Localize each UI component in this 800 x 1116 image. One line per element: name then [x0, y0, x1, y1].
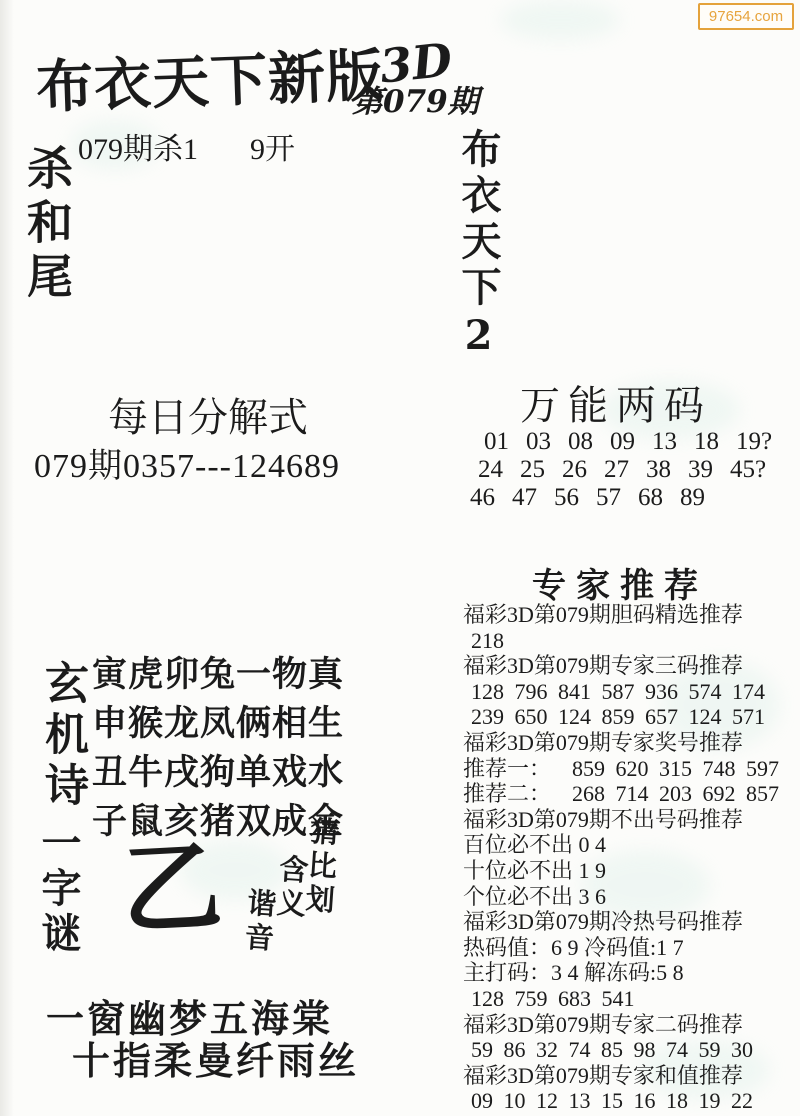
code-cell: 38: [646, 456, 671, 484]
expert-line: 128 796 841 587 936 574 174: [463, 679, 799, 705]
riddle-hint-homophone: 谐音: [242, 887, 276, 957]
universal-two-codes-title: 万能两码: [520, 374, 712, 431]
expert-line: 218: [463, 628, 799, 654]
expert-line: 福彩3D第079期专家二码推荐: [463, 1012, 799, 1038]
code-cell: 03: [526, 428, 551, 456]
expert-recommend-title: 专家推荐: [532, 558, 708, 607]
expert-line: 09 10 12 13 15 16 18 19 22: [463, 1088, 799, 1114]
code-cell: 01: [484, 428, 509, 456]
expert-line: 百位必不出 0 4: [463, 832, 799, 858]
daily-breakdown-formula: 079期0357---124689: [34, 438, 340, 487]
two-codes-row: 01 03 08 09 13 18 19?: [484, 428, 772, 456]
kill-sum-tail-label: 杀和尾: [24, 144, 70, 306]
expert-line: 福彩3D第079期冷热号码推荐: [463, 909, 799, 935]
two-codes-row: 24 25 26 27 38 39 45?: [478, 456, 766, 484]
expert-line: 福彩3D第079期专家奖号推荐: [463, 730, 799, 756]
page-title: 布衣天下新版: [35, 30, 386, 124]
code-cell: 47: [512, 484, 537, 512]
expert-line: 十位必不出 1 9: [463, 858, 799, 884]
expert-line: 128 759 683 541: [463, 986, 799, 1012]
code-cell: 08: [568, 428, 593, 456]
code-cell: 46: [470, 484, 495, 512]
watermark-tint: [500, 0, 620, 40]
code-cell: 57: [596, 484, 621, 512]
expert-line: 推荐一： 859 620 315 748 597: [463, 756, 799, 782]
issue-number: 第079期: [352, 76, 479, 121]
mystery-poem-line: 寅虎卯兔一物真: [92, 650, 344, 699]
expert-line: 59 86 32 74 85 98 74 59 30: [463, 1037, 799, 1063]
code-cell: 26: [562, 456, 587, 484]
code-cell: 25: [520, 456, 545, 484]
site-url-label: 97654.com: [709, 8, 783, 25]
open-result-text: 9开: [250, 124, 295, 168]
code-cell: 09: [610, 428, 635, 456]
kill-line: 079期杀1 9开: [78, 124, 295, 168]
expert-line: 福彩3D第079期专家和值推荐: [463, 1063, 799, 1089]
code-cell: 13: [652, 428, 677, 456]
riddle-hint-meaning: 含义: [274, 853, 308, 923]
code-cell: 39: [688, 456, 713, 484]
code-cell: 45?: [730, 456, 766, 484]
code-cell: 56: [554, 484, 579, 512]
bottom-poem-line2: 十指柔曼纤雨丝: [72, 1030, 359, 1085]
code-cell: 18: [694, 428, 719, 456]
expert-recommend-list: 福彩3D第079期胆码精选推荐 218 福彩3D第079期专家三码推荐 128 …: [463, 602, 799, 1114]
mystery-poem-title: 玄机诗: [40, 660, 84, 813]
kill-text: 079期杀1: [78, 124, 198, 168]
expert-line: 个位必不出 3 6: [463, 884, 799, 910]
expert-line: 推荐二： 268 714 203 692 857: [463, 781, 799, 807]
code-cell: 89: [680, 484, 705, 512]
expert-line: 福彩3D第079期专家三码推荐: [463, 653, 799, 679]
code-cell: 19?: [736, 428, 772, 456]
two-codes-row: 46 47 56 57 68 89: [470, 484, 705, 512]
lottery-tip-sheet: 97654.com 布衣天下新版 3D 第079期 079期杀1 9开 杀和尾 …: [0, 0, 800, 1116]
expert-line: 热码值：6 9 冷码值:1 7: [463, 935, 799, 961]
site-url-badge[interactable]: 97654.com: [698, 3, 794, 30]
code-cell: 27: [604, 456, 629, 484]
expert-line: 福彩3D第079期胆码精选推荐: [463, 602, 799, 628]
daily-breakdown-title: 每日分解式: [108, 386, 308, 443]
expert-line: 福彩3D第079期不出号码推荐: [463, 807, 799, 833]
mystery-poem-line: 丑牛戌狗单戏水: [92, 748, 344, 797]
expert-line: 239 650 124 859 657 124 571: [463, 704, 799, 730]
riddle-character: 乙: [119, 835, 224, 940]
brand-vertical-label: 布衣天下2: [458, 128, 498, 365]
mystery-poem-line: 申猴龙凤俩相生: [92, 699, 344, 748]
scan-edge-shading: [0, 0, 14, 1116]
expert-line: 主打码：3 4 解冻码:5 8: [463, 960, 799, 986]
code-cell: 24: [478, 456, 503, 484]
mystery-poem: 寅虎卯兔一物真 申猴龙凤俩相生 丑牛戌狗单戏水 子鼠亥猪双成金: [92, 650, 344, 846]
char-riddle-title: 一字谜: [38, 822, 78, 957]
code-cell: 68: [638, 484, 663, 512]
